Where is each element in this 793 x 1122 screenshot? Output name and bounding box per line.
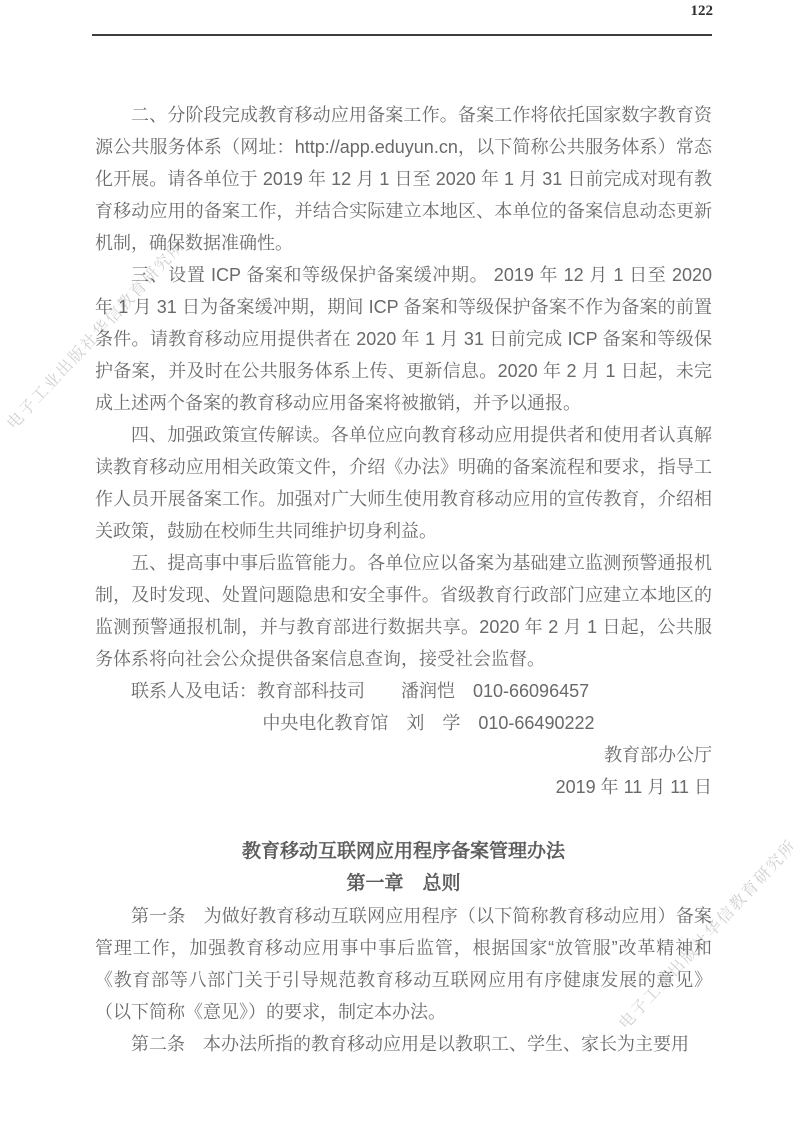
chapter-heading: 第一章 总则 <box>95 868 712 900</box>
document-body: 二、分阶段完成教育移动应用备案工作。备案工作将依托国家数字教育资源公共服务体系（… <box>95 99 712 1060</box>
contact-line-1: 联系人及电话：教育部科技司 潘润恺 010-66096457 <box>95 675 712 707</box>
regulation-article-1: 第一条 为做好教育移动互联网应用程序（以下简称教育移动应用）备案管理工作，加强教… <box>95 900 712 1028</box>
notice-paragraph-2: 二、分阶段完成教育移动应用备案工作。备案工作将依托国家数字教育资源公共服务体系（… <box>95 99 712 259</box>
signoff-org: 教育部办公厅 <box>95 739 712 771</box>
notice-paragraph-5: 五、提高事中事后监管能力。各单位应以备案为基础建立监测预警通报机制，及时发现、处… <box>95 547 712 675</box>
page-number: 122 <box>691 3 714 20</box>
notice-paragraph-4: 四、加强政策宣传解读。各单位应向教育移动应用提供者和使用者认真解读教育移动应用相… <box>95 419 712 547</box>
contact-line-2: 中央电化教育馆 刘 学 010-66490222 <box>95 707 712 739</box>
regulation-title: 教育移动互联网应用程序备案管理办法 <box>95 836 712 868</box>
notice-paragraph-3: 三、设置 ICP 备案和等级保护备案缓冲期。 2019 年 12 月 1 日至 … <box>95 259 712 419</box>
document-page: 122 电子工业出版社华信教育研究所 电子工业出版社华信教育研究所 二、分阶段完… <box>0 0 793 1122</box>
signoff-date: 2019 年 11 月 11 日 <box>95 771 712 803</box>
regulation-article-2: 第二条 本办法所指的教育移动应用是以教职工、学生、家长为主要用 <box>95 1028 712 1060</box>
header-rule <box>92 34 712 36</box>
